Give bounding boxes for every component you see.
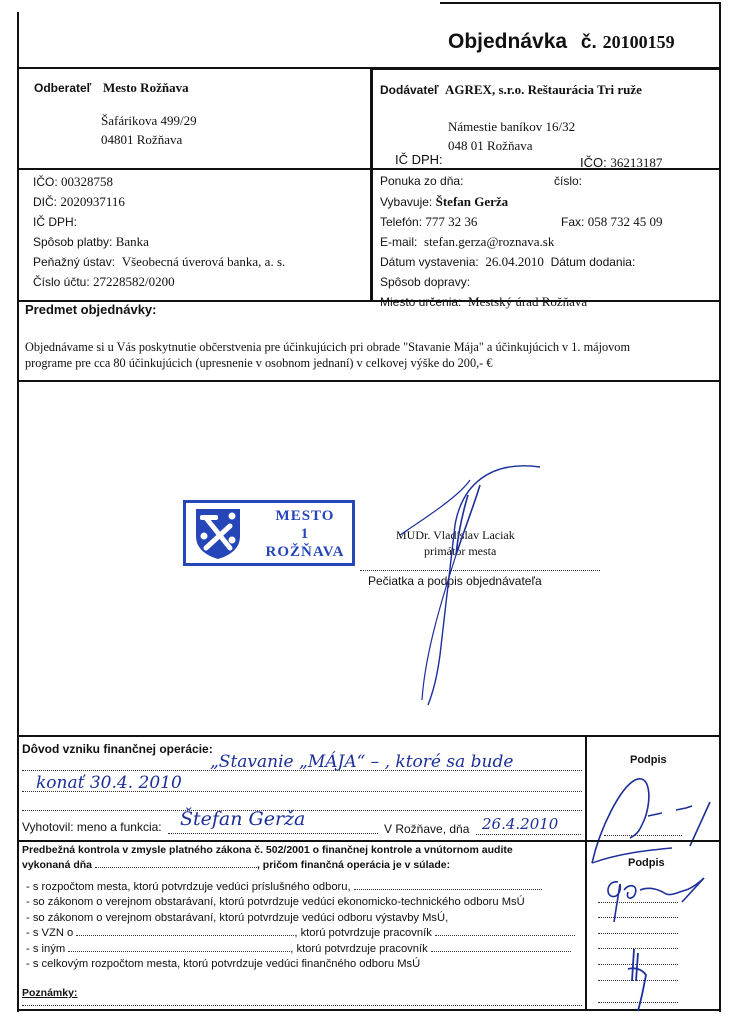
- offer-number-label: číslo:: [554, 172, 582, 192]
- buyer-field-ic-dph: IČ DPH:: [33, 212, 285, 232]
- signature-column-divider: [585, 735, 587, 1009]
- notes-line: [22, 1005, 582, 1006]
- stamp-line-3: ROŽŇAVA: [256, 543, 354, 561]
- control-item: - s celkovým rozpočtom mesta, ktorú potv…: [26, 957, 575, 972]
- signature-label-2: Podpis: [628, 857, 665, 869]
- subject-bottom-divider: [17, 380, 721, 382]
- control-item: - so zákonom o verejnom obstarávaní, kto…: [26, 895, 575, 910]
- supplier-street: Námestie baníkov 16/32: [448, 119, 575, 135]
- control-item: - s rozpočtom mesta, ktorú potvrdzuje ve…: [26, 880, 575, 895]
- subject-heading: Predmet objednávky:: [25, 302, 157, 317]
- control-items: - s rozpočtom mesta, ktorú potvrdzuje ve…: [26, 880, 575, 972]
- signature-label-1: Podpis: [630, 754, 667, 766]
- order-number: 20100159: [603, 32, 675, 52]
- frame-bottom: [17, 1009, 721, 1011]
- mayor-signature-icon: [370, 455, 630, 715]
- supplier-label: Dodávateľ: [380, 83, 439, 97]
- buyer-field-dic: DIČ: 2020937116: [33, 192, 285, 212]
- buyer-field-bank: Peňažný ústav: Všeobecná úverová banka, …: [33, 252, 285, 272]
- supplier-name: AGREX, s.r.o. Reštaurácia Tri ruže: [445, 82, 642, 98]
- signature-2-icon: [600, 872, 710, 932]
- stamp-line-1: MESTO: [256, 507, 354, 525]
- buyer-city: 04801 Rožňava: [101, 132, 182, 148]
- issue-date-row: Dátum vystavenia: 26.04.2010 Dátum dodan…: [380, 252, 710, 273]
- info-divider: [17, 168, 721, 170]
- offer-date-label: Ponuka zo dňa:: [380, 174, 463, 188]
- email-row: E-mail: stefan.gerza@roznava.sk: [380, 232, 710, 253]
- reason-handwritten-2: konať 30.4. 2010: [36, 773, 182, 793]
- subject-line-2: programe pre cca 80 účinkujúcich (upresn…: [25, 355, 630, 371]
- control-intro-line-1: Predbežná kontrola v zmysle platného zák…: [22, 843, 513, 858]
- phone-row: Telefón: 777 32 36 Fax: 058 732 45 09: [380, 212, 710, 232]
- control-item: - s VZN o , ktorú potvrdzuje pracovník: [26, 926, 575, 941]
- reason-line-1: [22, 770, 582, 771]
- destination-row: Miesto určenia: Mestský úrad Rožňava: [380, 292, 710, 313]
- offer-row: Ponuka zo dňa: číslo:: [380, 172, 710, 192]
- reason-line-2: [22, 791, 582, 792]
- place-date-line: [476, 834, 581, 835]
- title-number-prefix: č.: [581, 32, 597, 53]
- buyer-street: Šafárikova 499/29: [101, 113, 197, 129]
- transport-row: Spôsob dopravy:: [380, 273, 710, 293]
- handled-by-row: Vybavuje: Štefan Gerža: [380, 192, 710, 213]
- prepared-handwritten: Štefan Gerža: [180, 808, 305, 830]
- stamp-line-2: 1: [256, 525, 354, 543]
- city-stamp: MESTO 1 ROŽŇAVA: [183, 500, 355, 566]
- reason-handwritten-1: „Stavanie „MÁJA“ – , ktoré sa bude: [210, 752, 513, 772]
- supplier-ic-dph-label: IČ DPH:: [395, 152, 443, 167]
- prepared-line: [168, 833, 378, 834]
- subject-text: Objednávame si u Vás poskytnutie občerst…: [25, 339, 630, 371]
- control-item: - s iným , ktorú potvrdzuje pracovník: [26, 942, 575, 957]
- buyer-label: Odberateľ: [34, 81, 91, 95]
- place-label: V Rožňave, dňa: [384, 822, 469, 836]
- buyer-fields: IČO: 00328758 DIČ: 2020937116 IČ DPH: Sp…: [33, 172, 285, 292]
- buyer-field-ico: IČO: 00328758: [33, 172, 285, 192]
- control-top-divider: [17, 840, 721, 842]
- supplier-city: 048 01 Rožňava: [448, 138, 532, 154]
- title-label: Objednávka: [448, 30, 567, 53]
- buyer-field-payment: Spôsob platby: Banka: [33, 232, 285, 252]
- frame-top: [440, 2, 720, 4]
- finance-top-divider: [17, 735, 721, 737]
- signature-line-1: [604, 835, 682, 836]
- control-sign-line-3: [598, 933, 678, 934]
- place-date-handwritten: 26.4.2010: [482, 815, 558, 833]
- buyer-name: Mesto Rožňava: [103, 80, 189, 96]
- control-intro: Predbežná kontrola v zmysle platného zák…: [22, 843, 513, 873]
- stamp-text: MESTO 1 ROŽŇAVA: [256, 507, 354, 561]
- coat-of-arms-icon: [192, 506, 244, 560]
- notes-label: Poznámky:: [22, 987, 77, 999]
- supplier-box-top: [370, 67, 721, 70]
- control-intro-line-2: vykonaná dňa , pričom finančná operácia …: [22, 858, 513, 873]
- frame-left: [17, 12, 19, 1012]
- order-info: Ponuka zo dňa: číslo: Vybavuje: Štefan G…: [380, 172, 710, 313]
- control-item: - so zákonom o verejnom obstarávaní, kto…: [26, 911, 575, 926]
- supplier-box-left: [370, 67, 373, 300]
- prepared-label: Vyhotovil: meno a funkcia:: [22, 820, 162, 834]
- signature-3-icon: [620, 945, 660, 1015]
- reason-label: Dôvod vzniku finančnej operácie:: [22, 742, 213, 756]
- subject-line-1: Objednávame si u Vás poskytnutie občerst…: [25, 339, 630, 355]
- page-title: Objednávka č. 20100159: [448, 30, 675, 54]
- buyer-field-account: Číslo účtu: 27228582/0200: [33, 272, 285, 292]
